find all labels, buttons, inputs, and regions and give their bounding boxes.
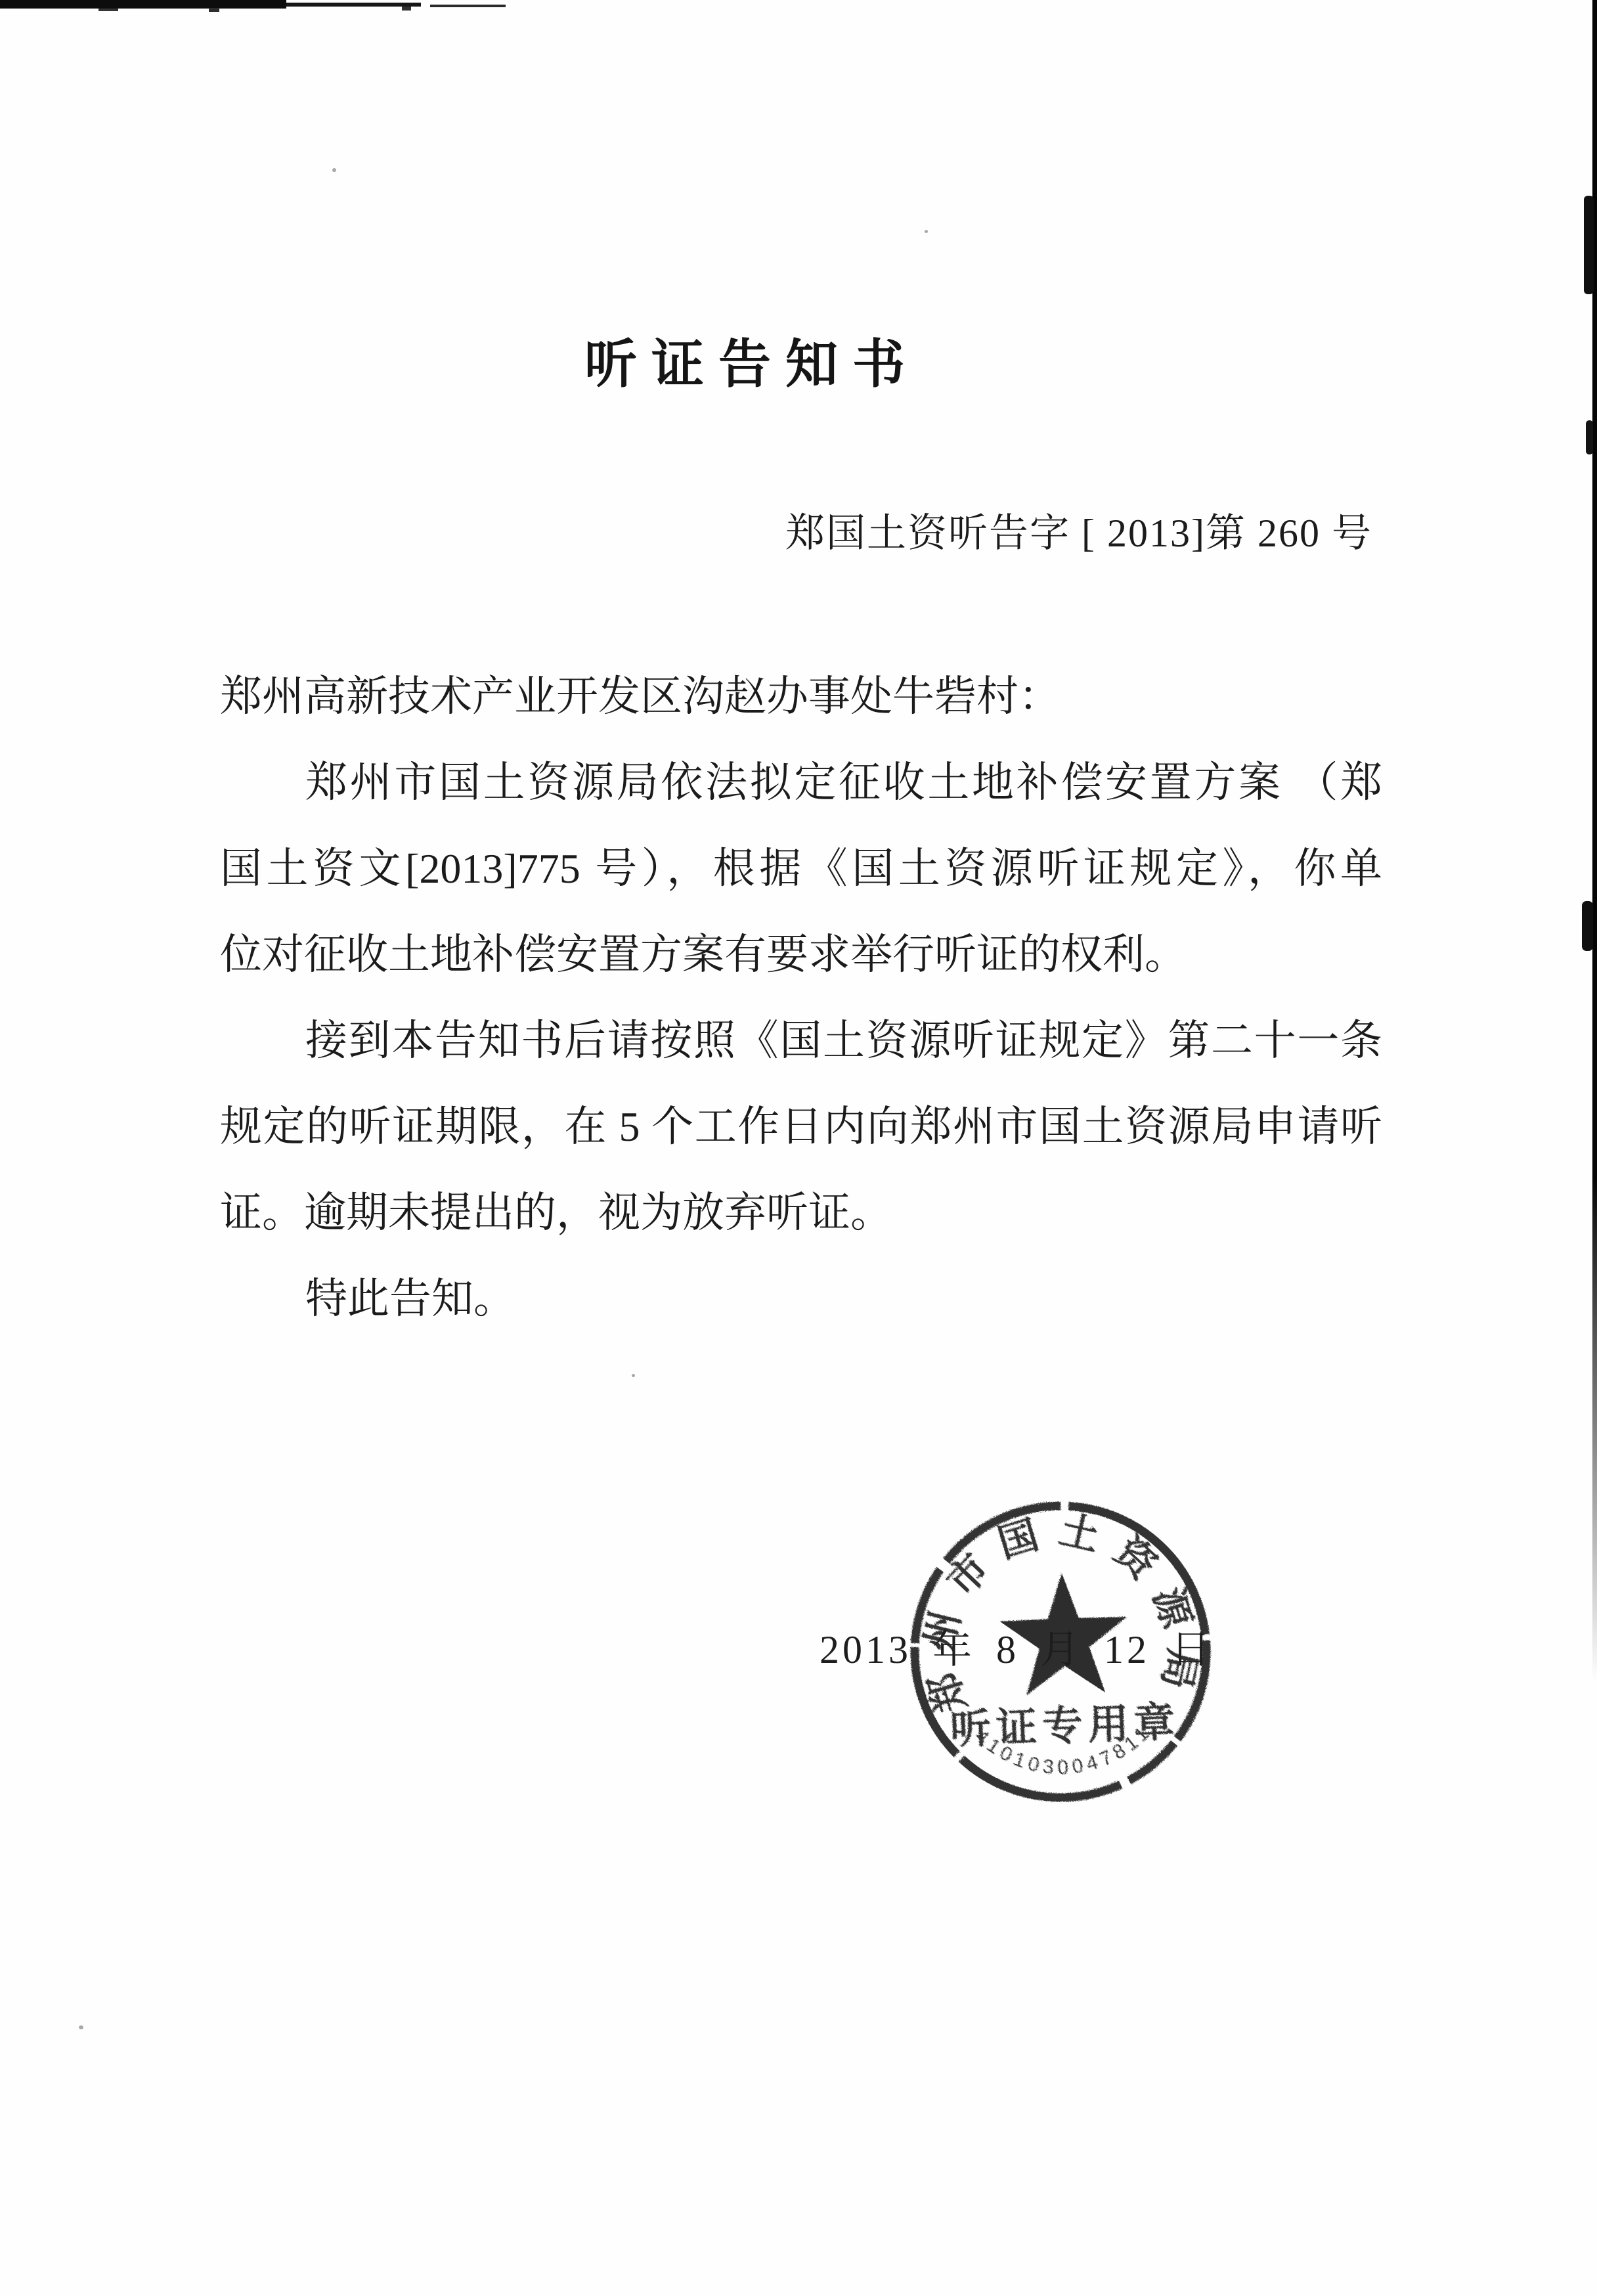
scan-artifact-blob bbox=[1582, 901, 1593, 951]
reference-number: 郑国土资听告字 [ 2013]第 260 号 bbox=[785, 502, 1372, 558]
scan-speck bbox=[925, 230, 928, 233]
document-title: 听证告知书 bbox=[0, 322, 1504, 397]
scan-speck bbox=[632, 1374, 635, 1377]
body-line: 特此告知。 bbox=[220, 1256, 1382, 1342]
addressee-line: 郑州高新技术产业开发区沟赵办事处牛砦村： bbox=[220, 653, 1382, 740]
body-line: 郑州市国土资源局依法拟定征收土地补偿安置方案 （郑 bbox=[220, 740, 1382, 826]
body-lines: 郑州市国土资源局依法拟定征收土地补偿安置方案 （郑国土资文[2013]775 号… bbox=[220, 740, 1382, 1342]
body-text: 郑州高新技术产业开发区沟赵办事处牛砦村： 郑州市国土资源局依法拟定征收土地补偿安… bbox=[220, 653, 1382, 1342]
body-line: 国土资文[2013]775 号），根据《国土资源听证规定》，你单 bbox=[220, 826, 1382, 912]
official-stamp: 郑州市国土资源局 听证专用章 4101030047811 bbox=[890, 1481, 1231, 1822]
scan-speck bbox=[79, 2025, 83, 2029]
body-line: 接到本告知书后请按照《国土资源听证规定》第二十一条 bbox=[220, 998, 1382, 1084]
stamp-star-icon bbox=[998, 1570, 1129, 1696]
scan-speck bbox=[332, 168, 336, 172]
scan-artifact-tick bbox=[209, 8, 219, 12]
scan-artifact-blob bbox=[1586, 420, 1593, 454]
scan-artifact-top-tail bbox=[286, 3, 421, 7]
body-line: 位对征收土地补偿安置方案有要求举行听证的权利。 bbox=[220, 912, 1382, 998]
scan-artifact-tick bbox=[98, 9, 118, 11]
scan-artifact-tick bbox=[402, 7, 411, 11]
body-line: 证。逾期未提出的，视为放弃听证。 bbox=[220, 1170, 1382, 1256]
scan-artifact-top-tail2 bbox=[430, 5, 506, 7]
scan-artifact-blob bbox=[1584, 196, 1594, 294]
document-page: 听证告知书 郑国土资听告字 [ 2013]第 260 号 郑州高新技术产业开发区… bbox=[0, 0, 1597, 2296]
body-line: 规定的听证期限，在 5 个工作日内向郑州市国土资源局申请听 bbox=[220, 1084, 1382, 1170]
scan-artifact-top-bar bbox=[0, 0, 286, 9]
